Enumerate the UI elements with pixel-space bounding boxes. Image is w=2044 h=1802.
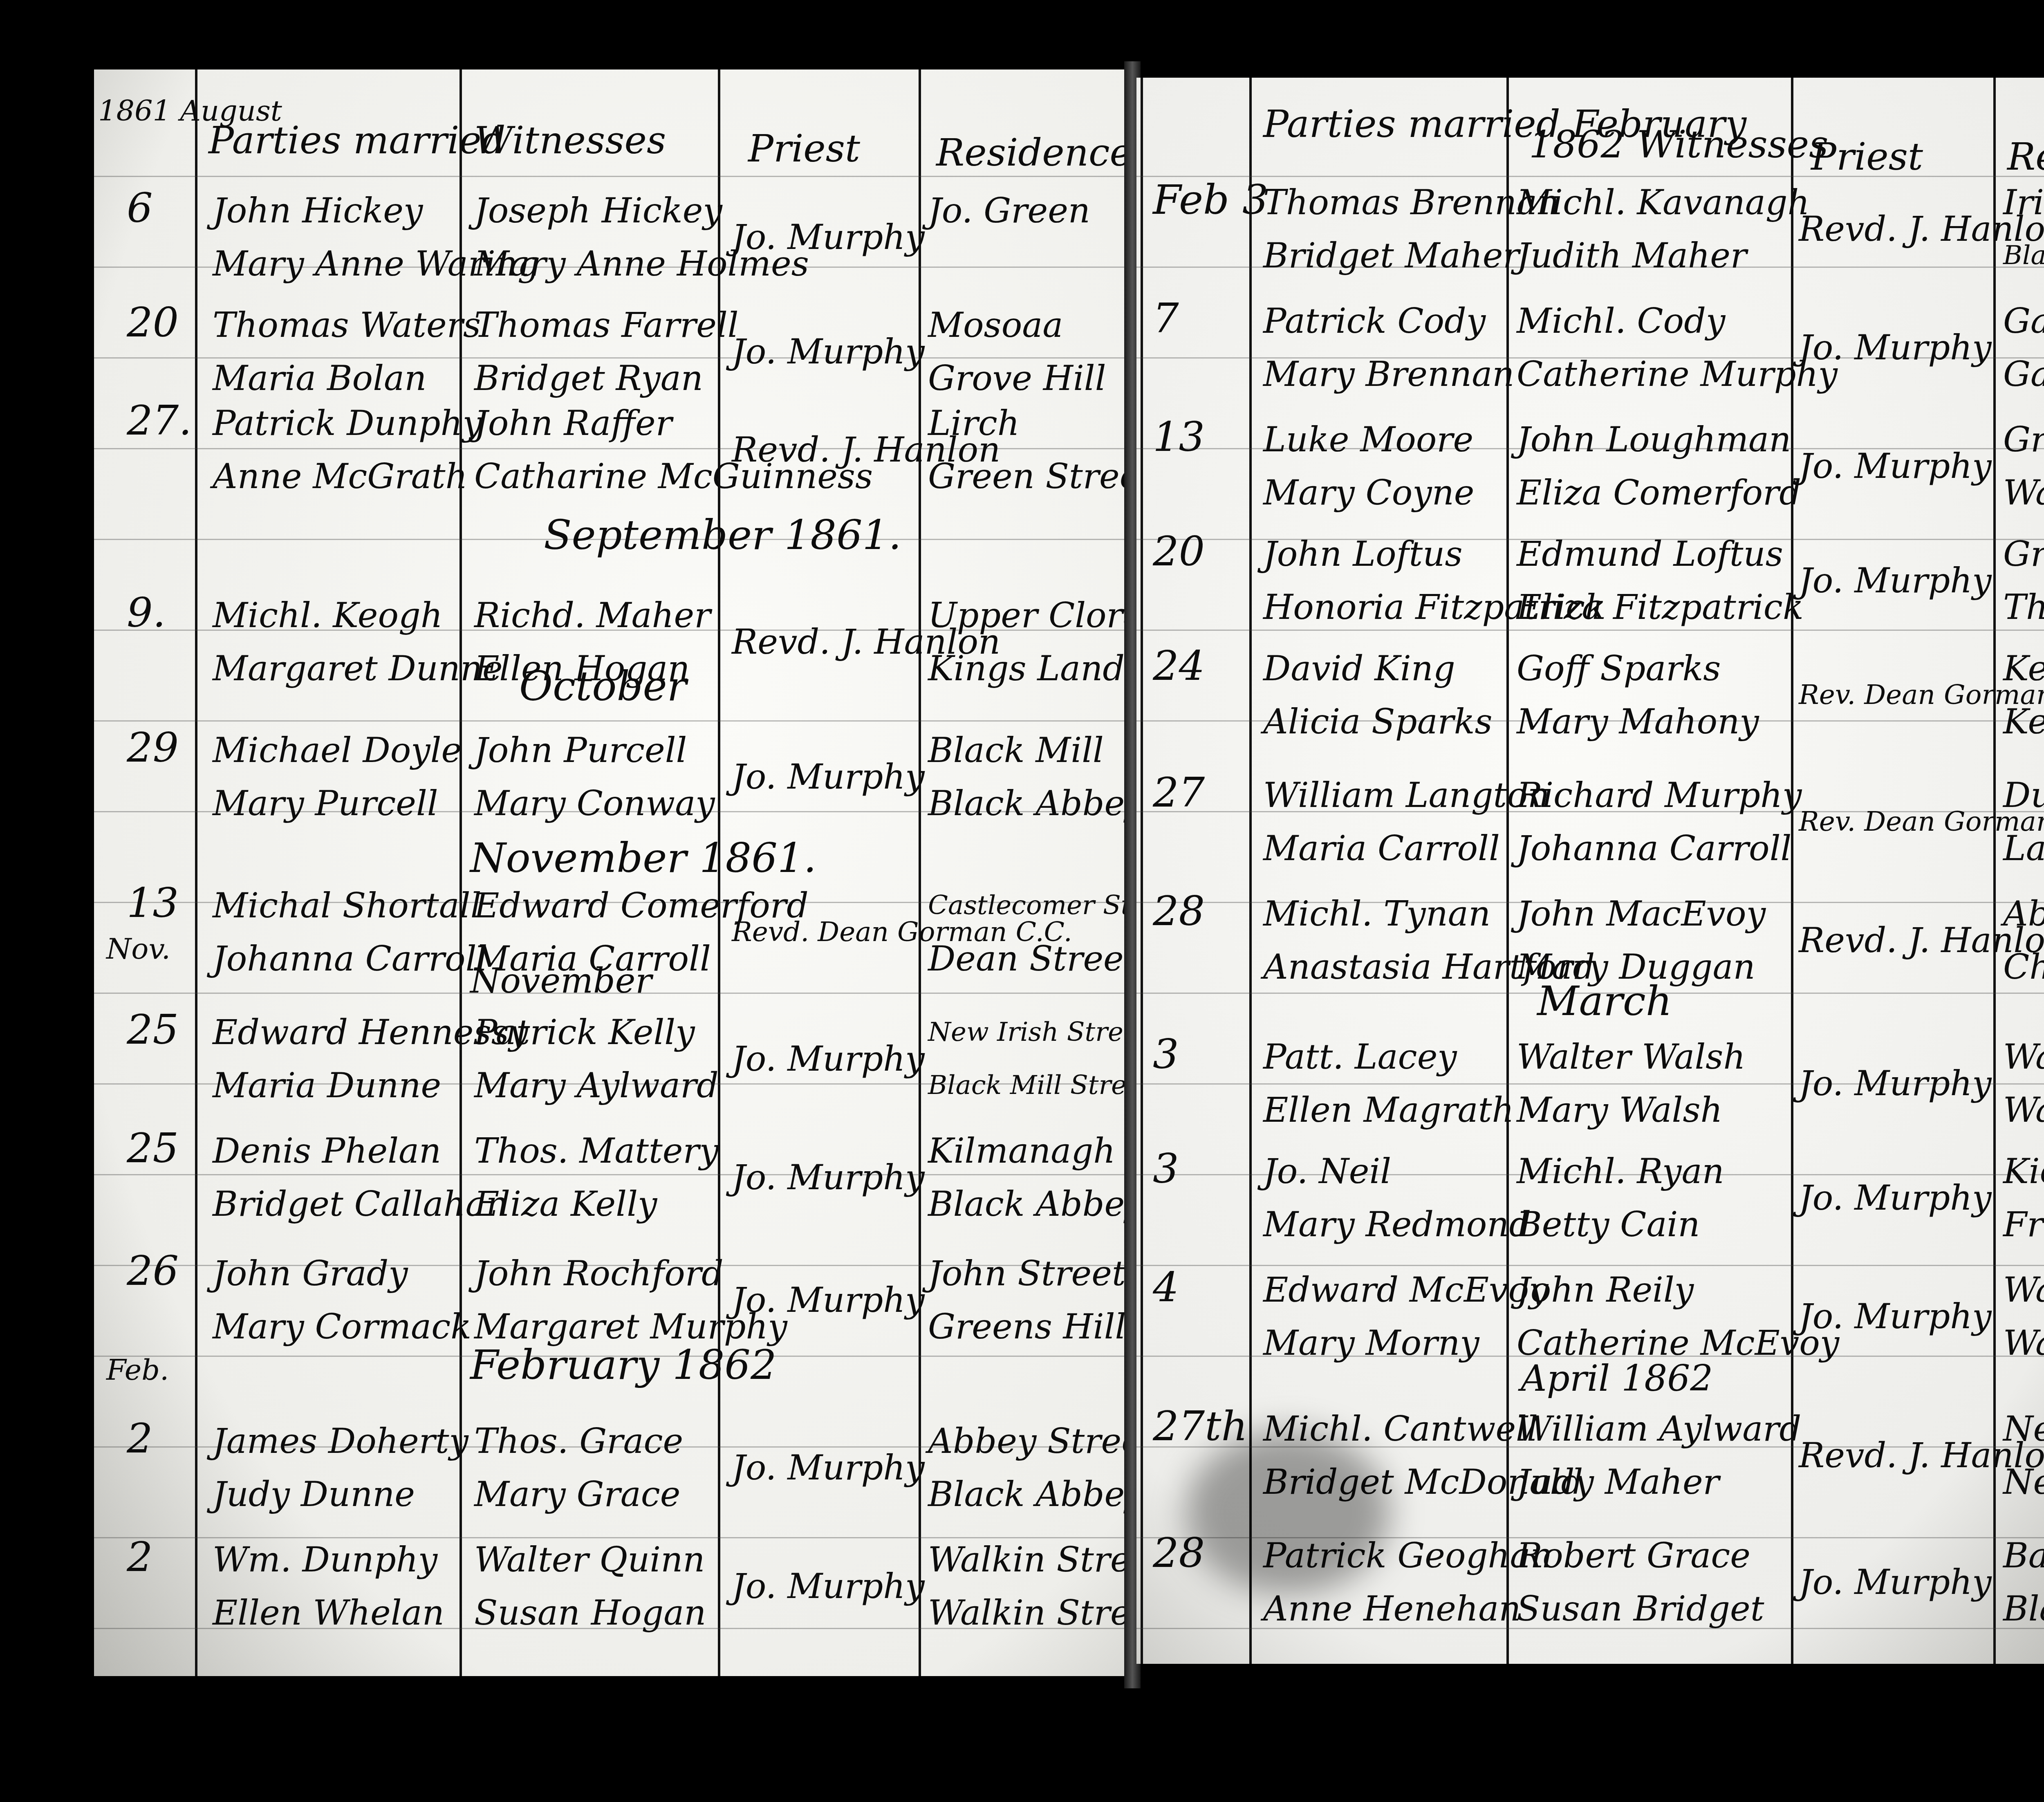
residence: Black Abbey [928, 1177, 1124, 1230]
groom-name: Luke Moore [1263, 413, 1473, 466]
residence: Dunmore [2003, 769, 2044, 822]
witness-name: Johanna Carroll [1517, 822, 1791, 875]
groom-name: Michl. Keogh [213, 589, 443, 642]
residence: Green Street [928, 450, 1124, 503]
residence: Kings Land. [928, 642, 1124, 695]
residence: Walkin Street [2003, 1083, 2044, 1136]
entry-date: 24 [1153, 642, 1205, 690]
entry-date: 2 [127, 1414, 153, 1462]
bride-name: Bridget Callahan [213, 1177, 508, 1230]
residence: Kieran Street [2003, 1145, 2044, 1198]
witness-name: Robert Grace [1517, 1529, 1750, 1582]
witness-name: Thos. Grace [474, 1414, 683, 1468]
month-note: Nov. [106, 932, 170, 966]
groom-name: Michael Doyle [213, 724, 462, 777]
bride-name: Anne McGrath [213, 450, 468, 503]
witness-name: John Reily [1517, 1263, 1694, 1316]
residence: New park [2003, 1455, 2044, 1508]
residence: Lirch [928, 397, 1020, 450]
bride-name: Mary Coyne [1263, 466, 1475, 519]
header-residence: Residence [2007, 135, 2044, 179]
groom-name: Patrick Cody [1263, 294, 1486, 347]
column-divider [1141, 78, 1143, 1664]
witness-name: John MacEvoy [1517, 887, 1766, 940]
header-priest: Priest [748, 127, 860, 170]
residence: Black Mill Street [928, 1059, 1124, 1112]
entry-date: 27. [127, 397, 192, 444]
witness-name: Michl. Ryan [1517, 1145, 1724, 1198]
residence: John Street [928, 1247, 1124, 1300]
groom-name: Thomas Waters [213, 298, 481, 352]
witness-name: Thos. Mattery [474, 1124, 719, 1177]
priest-name: Jo. Murphy [1799, 321, 1992, 374]
bride-name: Mary Purcell [213, 777, 438, 830]
witness-name: Eliza Kelly [474, 1177, 657, 1230]
month-note: November 1861. [470, 834, 816, 882]
residence: Walkin Street [928, 1586, 1124, 1639]
bride-name: Ellen Magrath [1263, 1083, 1514, 1136]
residence: Black Mill Street [2003, 229, 2044, 282]
groom-name: William Langton [1263, 769, 1550, 822]
residence: Abbey Street [2003, 887, 2044, 940]
residence: Irishtown [2003, 176, 2044, 229]
right-page: Parties married February 1862 Witnesses … [1136, 78, 2044, 1664]
bride-name: Margaret Dunne [213, 642, 503, 695]
priest-name: Jo. Murphy [732, 1560, 925, 1613]
entry-date: 29 [127, 724, 179, 771]
witness-name: Richard Murphy [1517, 769, 1802, 822]
witness-name: Catherine McEvoy [1517, 1316, 1839, 1369]
residence: New Irish Street [928, 1006, 1124, 1059]
witness-name: Mary Aylward [474, 1059, 719, 1112]
witness-name: John Raffer [474, 397, 672, 450]
entry-date: 6 [127, 184, 153, 232]
groom-name: Wm. Dunphy [213, 1533, 437, 1586]
entry-date: 28 [1153, 887, 1205, 935]
witness-name: Eliza Fitzpatrick [1517, 580, 1804, 634]
groom-name: Edward McEvoy [1263, 1263, 1549, 1316]
witness-name: Susan Bridget [1517, 1582, 1764, 1635]
left-page: 1861 August Parties married Witnesses Pr… [94, 69, 1124, 1676]
residence: Upper Cloran [928, 589, 1124, 642]
bride-name: Bridget Maher [1263, 229, 1520, 282]
residence: Mosoaa [928, 298, 1063, 352]
groom-name: Denis Phelan [213, 1124, 441, 1177]
residence: Walkin Street [928, 1533, 1124, 1586]
entry-date: 4 [1153, 1263, 1179, 1311]
residence: Kennyswell [2003, 695, 2044, 748]
bride-name: Mary Cormack [213, 1300, 471, 1353]
witness-name: Patrick Kelly [474, 1006, 695, 1059]
entry-date: 13 [1153, 413, 1205, 461]
residence: Black Abbey [928, 777, 1124, 830]
bride-name: Mary Brennan [1263, 347, 1514, 401]
residence: Friary Street [2003, 1198, 2044, 1251]
witness-name: Mary Mahony [1517, 695, 1759, 748]
entry-date: 26 [127, 1247, 179, 1295]
witness-name: Walter Quinn [474, 1533, 705, 1586]
residence: Lacken [2003, 822, 2044, 875]
header-parties: Parties married [208, 119, 506, 162]
residence: Gaol Street [2003, 347, 2044, 401]
residence: Kilmanagh [928, 1124, 1115, 1177]
witness-name: Walter Walsh [1517, 1030, 1746, 1083]
bride-name: Maria Carroll [1263, 822, 1500, 875]
witness-name: Richd. Maher [474, 589, 710, 642]
witness-name: Mary Duggan [1517, 940, 1755, 993]
priest-name: Jo. Murphy [732, 1441, 925, 1494]
witness-name: Maria Carroll [474, 932, 711, 985]
month-note: September 1861. [544, 511, 901, 559]
bride-name: Maria Dunne [213, 1059, 441, 1112]
groom-name: John Loftus [1263, 527, 1463, 580]
bride-name: Mary Morny [1263, 1316, 1479, 1369]
entry-date: 27 [1153, 769, 1205, 816]
witness-name: Susan Hogan [474, 1586, 706, 1639]
groom-name: John Grady [213, 1247, 408, 1300]
residence: Walkin Street [2003, 1030, 2044, 1083]
entry-date: 25 [127, 1006, 179, 1053]
entry-date: 25 [127, 1124, 179, 1172]
witness-name: Mary Walsh [1517, 1083, 1723, 1136]
entry-date: 13 [127, 879, 179, 927]
residence: Thomas Street [2003, 580, 2044, 634]
witness-name: John Purcell [474, 724, 687, 777]
witness-name: Betty Cain [1517, 1198, 1700, 1251]
witness-name: Michl. Kavanagh [1517, 176, 1810, 229]
witness-name: Catherine Murphy [1517, 347, 1838, 401]
column-divider [1993, 78, 1996, 1664]
priest-name: Jo. Murphy [1799, 1171, 1992, 1224]
residence: Walkin Street [2003, 1316, 2044, 1369]
residence: Grove [2003, 527, 2044, 580]
priest-name: Jo. Murphy [1799, 1555, 1992, 1609]
entry-date: 3 [1153, 1030, 1179, 1078]
entry-date: 20 [127, 298, 179, 346]
priest-name: Jo. Murphy [732, 750, 925, 803]
entry-date: 3 [1153, 1145, 1179, 1192]
residence: Castlecomer Street [928, 879, 1124, 932]
entry-date: 7 [1153, 294, 1179, 342]
header-witnesses: Witnesses [474, 119, 666, 162]
witness-name: Eliza Comerford [1517, 466, 1801, 519]
residence: New Barrack [2003, 1402, 2044, 1455]
stain [1186, 1431, 1390, 1594]
header-priest: Priest [1811, 135, 1923, 179]
header-residence: Residence [936, 131, 1124, 175]
witness-name: Ellen Hogan [474, 642, 690, 695]
column-divider [195, 69, 197, 1676]
entry-date: 2 [127, 1533, 153, 1581]
priest-name: Jo. Murphy [1799, 439, 1992, 493]
groom-name: David King [1263, 642, 1455, 695]
witness-name: Joseph Hickey [474, 184, 722, 237]
groom-name: James Doherty [213, 1414, 468, 1468]
groom-name: Jo. Neil [1263, 1145, 1391, 1198]
witness-name: John Rochford [474, 1247, 724, 1300]
residence: Walkin Street [2003, 1263, 2044, 1316]
residence: Greens Hill [928, 1300, 1124, 1353]
priest-name: Jo. Murphy [732, 1151, 925, 1204]
groom-name: John Hickey [213, 184, 423, 237]
residence: Abbey Street [928, 1414, 1124, 1468]
column-divider [1249, 78, 1252, 1664]
witness-name: Goff Sparks [1517, 642, 1721, 695]
groom-name: Thomas Brennan [1263, 176, 1559, 229]
residence: Gaol Street [2003, 294, 2044, 347]
bride-name: Alicia Sparks [1263, 695, 1493, 748]
priest-name: Jo. Murphy [732, 1273, 925, 1327]
witness-name: Mary Conway [474, 777, 715, 830]
priest-name: Jo. Murphy [732, 1032, 925, 1085]
entry-date: 20 [1153, 527, 1205, 575]
month-note: Feb. [106, 1353, 169, 1387]
priest-name: Jo. Murphy [1799, 554, 1992, 607]
column-divider [919, 69, 921, 1676]
groom-name: Patt. Lacey [1263, 1030, 1457, 1083]
witness-name: Judy Maher [1517, 1455, 1719, 1508]
residence: Barrack [2003, 1529, 2044, 1582]
residence: Church Lane [2003, 940, 2044, 993]
witness-name: Thomas Farrell [474, 298, 739, 352]
witness-name: Judith Maher [1517, 229, 1747, 282]
witness-name: William Aylward [1517, 1402, 1801, 1455]
residence: Kennyswell [2003, 642, 2044, 695]
bride-name: Johanna Carroll [213, 932, 487, 985]
residence: Walkin Street [2003, 466, 2044, 519]
witness-name: Mary Grace [474, 1468, 681, 1521]
witness-name: John Loughman [1517, 413, 1791, 466]
residence: Black Abbey [928, 1468, 1124, 1521]
bride-name: Mary Redmond [1263, 1198, 1531, 1251]
groom-name: Michal Shortall [213, 879, 482, 932]
ruled-line [94, 720, 1124, 722]
bride-name: Judy Dunne [213, 1468, 415, 1521]
priest-name: Jo. Murphy [1799, 1290, 1992, 1343]
priest-name: Jo. Murphy [732, 325, 925, 378]
ruled-line [94, 176, 1124, 177]
witness-name: Michl. Cody [1517, 294, 1725, 347]
residence: Greens Hill [2003, 413, 2044, 466]
groom-name: Patrick Dunphy [213, 397, 482, 450]
bride-name: Ellen Whelan [213, 1586, 444, 1639]
witness-name: Edmund Loftus [1517, 527, 1783, 580]
residence: Black Mill [928, 724, 1104, 777]
header-witnesses: 1862 Witnesses [1529, 123, 1829, 166]
priest-name: Jo. Murphy [1799, 1057, 1992, 1110]
residence: Black Mill [2003, 1582, 2044, 1635]
residence: Jo. Green [928, 184, 1090, 237]
residence: Dean Street [928, 932, 1124, 985]
entry-date: Feb 3 [1153, 176, 1269, 224]
priest-name: Jo. Murphy [732, 211, 925, 264]
entry-date: 9. [127, 589, 166, 637]
groom-name: Michl. Tynan [1263, 887, 1490, 940]
